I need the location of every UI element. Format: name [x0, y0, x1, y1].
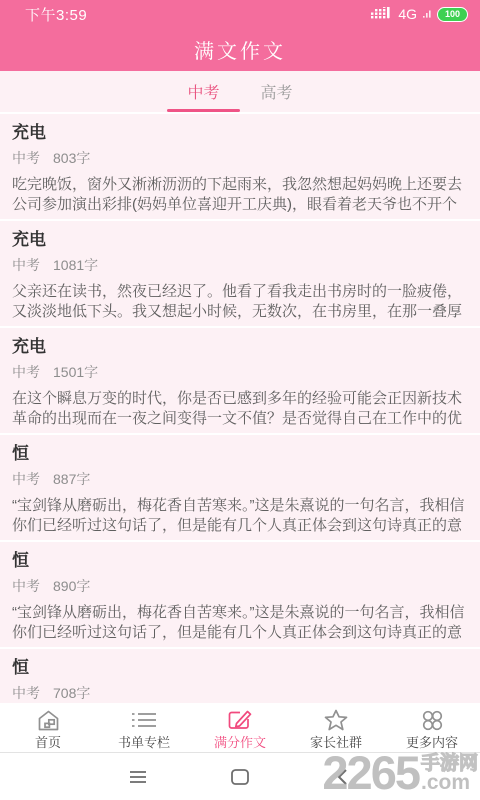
status-icons: 4G 100: [371, 6, 468, 22]
android-menu-icon[interactable]: [126, 765, 150, 789]
battery-icon: 100: [437, 7, 468, 22]
tab-gaokao[interactable]: 高考: [240, 71, 313, 112]
clover-icon: [419, 707, 446, 734]
essay-title: 充电: [12, 338, 468, 356]
essay-title: 恒: [12, 445, 468, 463]
essay-meta: 中考 887字: [12, 471, 468, 487]
edit-icon: [225, 707, 255, 734]
essay-word-count: 1081字: [53, 257, 98, 273]
nav-label: 家长社群: [310, 736, 362, 749]
essay-list-item[interactable]: 充电 中考 1501字 在这个瞬息万变的时代，你是否已感到多年的经验可能会正因新…: [0, 328, 480, 435]
essay-exam-level: 中考: [12, 471, 40, 487]
essay-exam-level: 中考: [12, 150, 40, 166]
essay-exam-level: 中考: [12, 578, 40, 594]
nav-label: 首页: [35, 736, 61, 749]
essay-exam-level: 中考: [12, 257, 40, 273]
essay-word-count: 887字: [53, 471, 90, 487]
essay-list-item[interactable]: 恒 中考 887字 “宝剑锋从磨砺出，梅花香自苦寒来。”这是朱熹说的一句名言，我…: [0, 435, 480, 542]
android-home-icon[interactable]: [228, 765, 252, 789]
essay-meta: 中考 1081字: [12, 257, 468, 273]
booklist-icon: [129, 707, 159, 734]
essay-word-count: 708字: [53, 685, 90, 701]
status-bar: 下午3:59 4G 100: [0, 0, 480, 28]
android-back-icon[interactable]: [330, 765, 354, 789]
essay-word-count: 803字: [53, 150, 90, 166]
essay-list-item[interactable]: 恒 中考 890字 “宝剑锋从磨砺出，梅花香自苦寒来。”这是朱熹说的一句名言，我…: [0, 542, 480, 649]
data-activity-icon: [423, 10, 431, 18]
nav-label: 更多内容: [406, 736, 458, 749]
essay-title: 充电: [12, 124, 468, 142]
battery-level: 100: [445, 9, 460, 19]
status-time: 下午3:59: [25, 4, 87, 25]
nav-item-home[interactable]: 首页: [0, 703, 96, 752]
nav-item-essays[interactable]: 满分作文: [192, 703, 288, 752]
essay-preview: “宝剑锋从磨砺出，梅花香自苦寒来。”这是朱熹说的一句名言，我相信你们已经听过这句…: [12, 496, 468, 535]
essay-meta: 中考 708字: [12, 685, 468, 701]
page-title: 满文作文: [194, 35, 286, 64]
app-screen: 下午3:59 4G 100: [0, 0, 480, 800]
essay-meta: 中考 890字: [12, 578, 468, 594]
exam-tab-bar: 中考 高考: [0, 71, 480, 114]
home-icon: [35, 707, 62, 734]
network-type-label: 4G: [398, 6, 417, 22]
essay-meta: 中考 803字: [12, 150, 468, 166]
essay-title: 恒: [12, 552, 468, 570]
essay-title: 充电: [12, 231, 468, 249]
essay-title: 恒: [12, 659, 468, 677]
nav-item-booklist[interactable]: 书单专栏: [96, 703, 192, 752]
tab-zhongkao[interactable]: 中考: [167, 71, 240, 112]
essay-preview: 父亲还在读书，然夜已经迟了。他看了看我走出书房时的一脸疲倦，又淡淡地低下头。我又…: [12, 282, 468, 321]
nav-item-community[interactable]: 家长社群: [288, 703, 384, 752]
essay-preview: 吃完晚饭，窗外又淅淅沥沥的下起雨来，我忽然想起妈妈晚上还要去公司参加演出彩排(妈…: [12, 175, 468, 214]
essay-word-count: 1501字: [53, 364, 98, 380]
essay-meta: 中考 1501字: [12, 364, 468, 380]
star-icon: [322, 707, 350, 734]
nav-label: 书单专栏: [118, 736, 170, 749]
bottom-nav-bar: 首页 书单专栏 满分作文: [0, 703, 480, 752]
essay-list-item[interactable]: 恒 中考 708字: [0, 649, 480, 704]
essay-list-item[interactable]: 充电 中考 1081字 父亲还在读书，然夜已经迟了。他看了看我走出书房时的一脸疲…: [0, 221, 480, 328]
tab-label: 高考: [260, 80, 292, 103]
nav-item-more[interactable]: 更多内容: [384, 703, 480, 752]
essay-exam-level: 中考: [12, 685, 40, 701]
essay-exam-level: 中考: [12, 364, 40, 380]
nav-label: 满分作文: [214, 736, 266, 749]
android-nav-bar: [0, 752, 480, 800]
essay-preview: “宝剑锋从磨砺出，梅花香自苦寒来。”这是朱熹说的一句名言，我相信你们已经听过这句…: [12, 603, 468, 642]
essay-list-item[interactable]: 充电 中考 803字 吃完晚饭，窗外又淅淅沥沥的下起雨来，我忽然想起妈妈晚上还要…: [0, 114, 480, 221]
essay-preview: 在这个瞬息万变的时代，你是否已感到多年的经验可能会正因新技术革命的出现而在一夜之…: [12, 389, 468, 428]
signal-strength-icon: [371, 7, 392, 21]
tab-active-indicator: [167, 109, 240, 112]
essay-list: 充电 中考 803字 吃完晚饭，窗外又淅淅沥沥的下起雨来，我忽然想起妈妈晚上还要…: [0, 114, 480, 704]
app-header: 满文作文: [0, 28, 480, 71]
tab-label: 中考: [187, 80, 219, 103]
essay-word-count: 890字: [53, 578, 90, 594]
